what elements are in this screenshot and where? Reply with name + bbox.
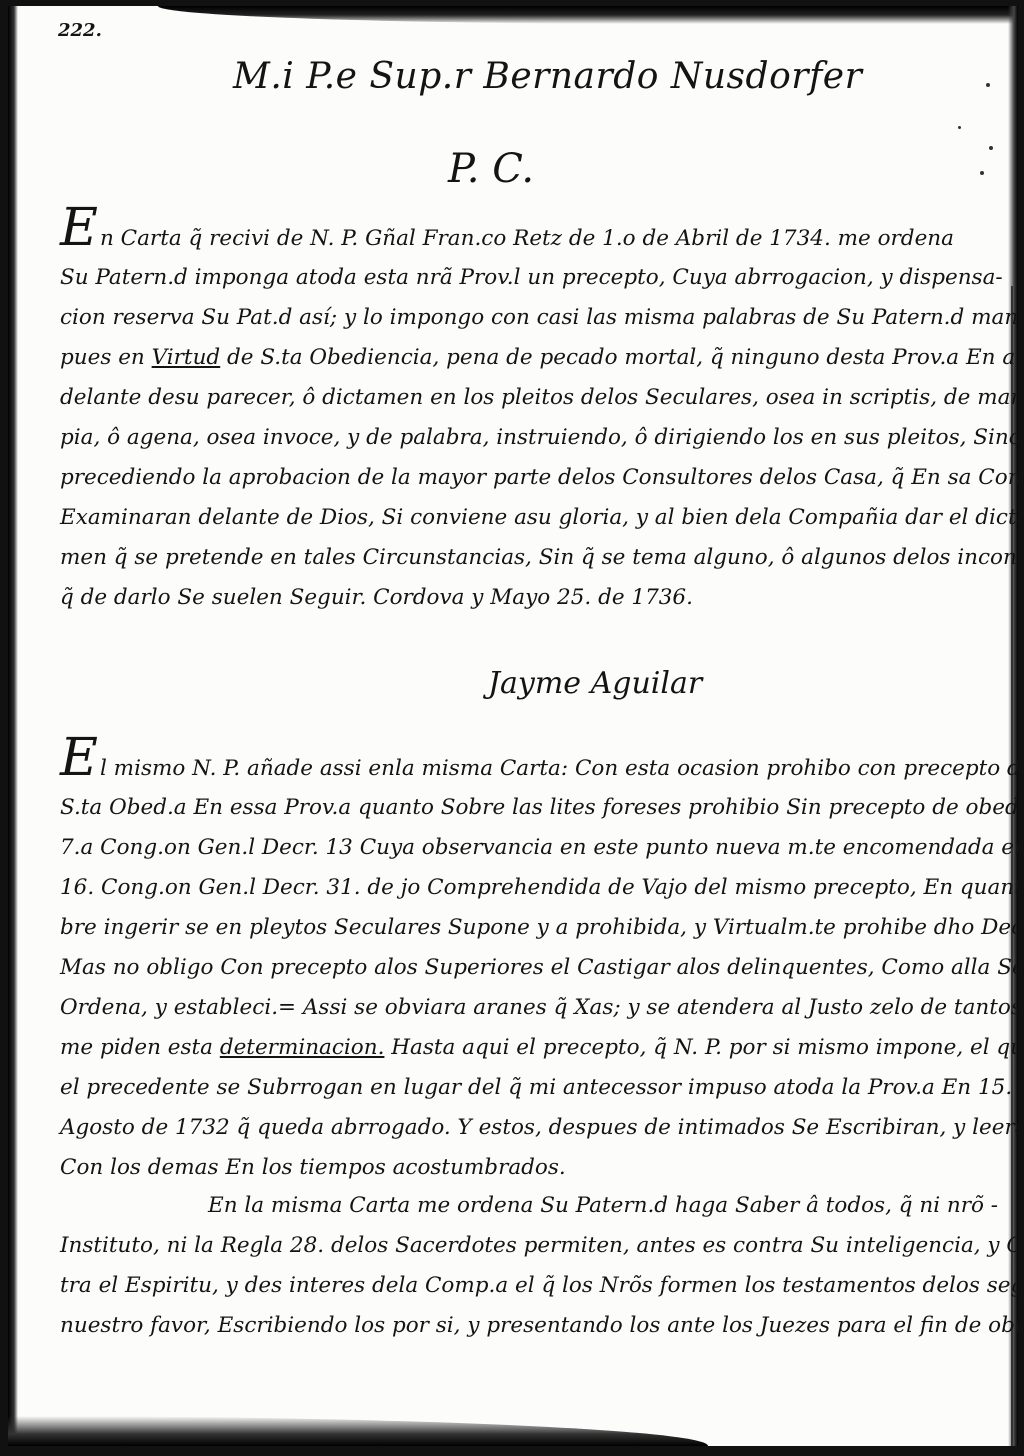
scan-shadow-left <box>8 6 18 1446</box>
text-line: En Carta q̃ recivi de N. P. Gñal Fran.co… <box>60 218 1000 258</box>
text-line: q̃ de darlo Se suelen Seguir. Cordova y … <box>60 578 1000 618</box>
text-line: El mismo N. P. añade assi enla misma Car… <box>60 748 1000 788</box>
signature: Jayme Aguilar <box>488 666 702 701</box>
paragraph-1: En Carta q̃ recivi de N. P. Gñal Fran.co… <box>60 218 1000 618</box>
paragraph-2: El mismo N. P. añade assi enla misma Car… <box>60 748 1000 1188</box>
text-line: 16. Cong.on Gen.l Decr. 31. de jo Compre… <box>60 868 1000 908</box>
scan-shadow-top <box>158 6 1018 24</box>
text-line: el precedente se Subrrogan en lugar del … <box>60 1068 1000 1108</box>
ink-speck <box>980 171 984 175</box>
text-line: 7.a Cong.on Gen.l Decr. 13 Cuya observan… <box>60 828 1000 868</box>
folio-number: 222. <box>58 20 102 41</box>
text-line: Ordena, y estableci.= Assi se obviara ar… <box>60 988 1000 1028</box>
text-line: Su Patern.d imponga atoda esta nrã Prov.… <box>60 258 1000 298</box>
page-edge-rule <box>1011 286 1013 1446</box>
text-line: S.ta Obed.a En essa Prov.a quanto Sobre … <box>60 788 1000 828</box>
text-line: pia, ô agena, osea invoce, y de palabra,… <box>60 418 1000 458</box>
text-line: En la misma Carta me ordena Su Patern.d … <box>60 1186 1000 1226</box>
text-line: Instituto, ni la Regla 28. delos Sacerdo… <box>60 1226 1000 1266</box>
text-line: men q̃ se pretende en tales Circunstanci… <box>60 538 1000 578</box>
text-line: Mas no obligo Con precepto alos Superior… <box>60 948 1000 988</box>
text-line: tra el Espiritu, y des interes dela Comp… <box>60 1266 1000 1306</box>
ink-speck <box>986 83 990 87</box>
text-line: Agosto de 1732 q̃ queda abrrogado. Y est… <box>60 1108 1000 1148</box>
ink-speck <box>958 126 961 129</box>
text-line: bre ingerir se en pleytos Seculares Supo… <box>60 908 1000 948</box>
scan-shadow-right <box>1008 6 1018 1446</box>
letter-addressee: M.i P.e Sup.r Bernardo Nusdorfer <box>233 56 793 97</box>
manuscript-page: 222. M.i P.e Sup.r Bernardo Nusdorfer P.… <box>8 6 1018 1446</box>
salutation-pax-christi: P. C. <box>448 146 534 192</box>
text-line: Con los demas En los tiempos acostumbrad… <box>60 1148 1000 1188</box>
text-line: Examinaran delante de Dios, Si conviene … <box>60 498 1000 538</box>
text-line: precediendo la aprobacion de la mayor pa… <box>60 458 1000 498</box>
text-line: me piden esta determinacion. Hasta aqui … <box>60 1028 1000 1068</box>
text-line: cion reserva Su Pat.d así; y lo impongo … <box>60 298 1000 338</box>
text-line: delante desu parecer, ô dictamen en los … <box>60 378 1000 418</box>
text-line: nuestro favor, Escribiendo los por si, y… <box>60 1306 1000 1346</box>
underlined-word: determinacion. <box>220 1035 385 1060</box>
paragraph-3: En la misma Carta me ordena Su Patern.d … <box>60 1186 1000 1346</box>
dropcap: E <box>60 728 98 788</box>
scan-shadow-bottom <box>8 1416 708 1446</box>
dropcap: E <box>60 198 98 258</box>
ink-speck <box>989 146 993 150</box>
text-line: pues en Virtud de S.ta Obediencia, pena … <box>60 338 1000 378</box>
underlined-word: Virtud <box>152 345 221 370</box>
